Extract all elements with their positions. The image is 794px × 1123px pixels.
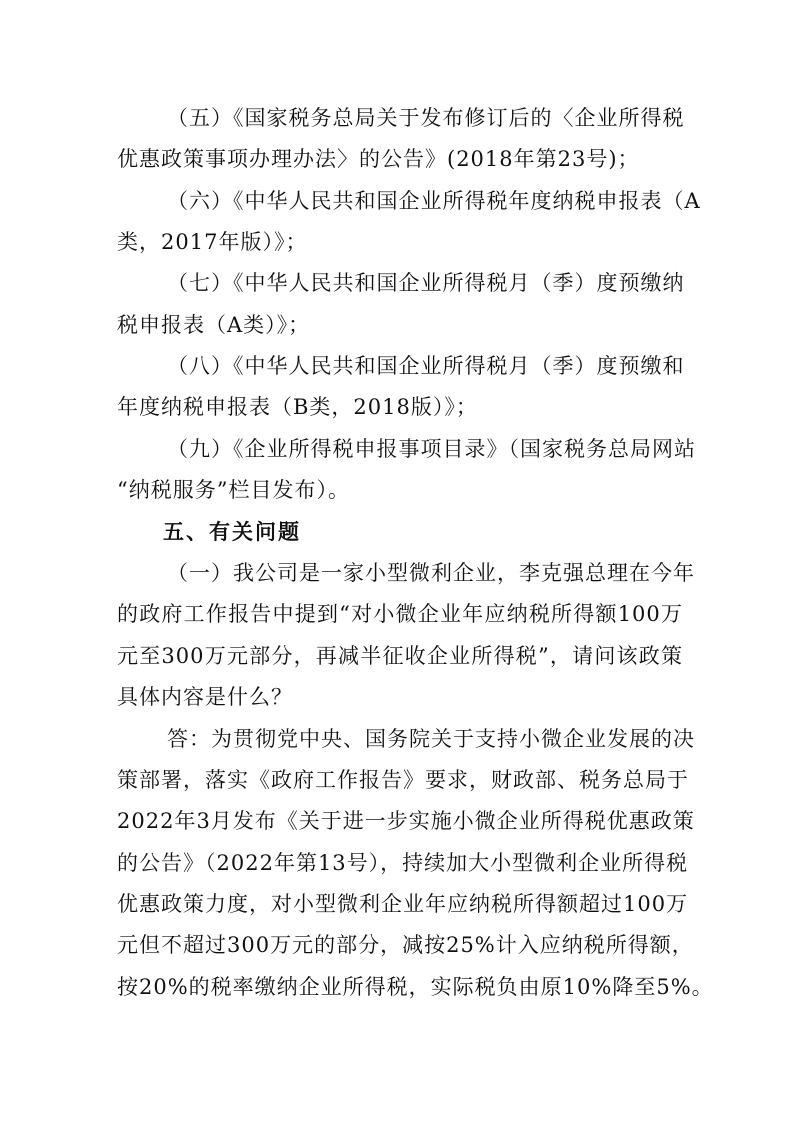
answer-line-3: 2022年3月发布《关于进一步实施小微企业所得税优惠政策 (117, 806, 683, 836)
text-line-item-9: （九）《企业所得税申报事项目录》（国家税务总局网站 (167, 434, 683, 464)
answer-line-2: 策部署，落实《政府工作报告》要求，财政部、税务总局于 (117, 765, 683, 795)
document-page: （五）《国家税务总局关于发布修订后的〈企业所得税 优惠政策事项办理办法〉的公告》… (0, 0, 794, 1123)
question-line-1: （一）我公司是一家小型微利企业，李克强总理在今年 (167, 558, 683, 588)
answer-line-1: 答：为贯彻党中央、国务院关于支持小微企业发展的决 (167, 724, 683, 754)
question-line-2: 的政府工作报告中提到“对小微企业年应纳税所得额100万 (117, 599, 683, 629)
text-line-item-6: （六）《中华人民共和国企业所得税年度纳税申报表（A (167, 186, 683, 216)
question-line-3: 元至300万元部分，再减半征收企业所得税”，请问该政策 (117, 641, 683, 671)
section-heading: 五、有关问题 (163, 517, 683, 547)
answer-line-4: 的公告》（2022年第13号），持续加大小型微利企业所得税 (117, 848, 683, 878)
text-line-item-7-cont: 税申报表（A类）》； (117, 310, 683, 340)
question-line-4: 具体内容是什么？ (117, 682, 683, 712)
answer-line-7: 按20%的税率缴纳企业所得税，实际税负由原10%降至5%。 (117, 972, 683, 1002)
text-line-item-5: （五）《国家税务总局关于发布修订后的〈企业所得税 (167, 103, 683, 133)
text-line-item-8: （八）《中华人民共和国企业所得税月（季）度预缴和 (167, 351, 683, 381)
answer-line-5: 优惠政策力度，对小型微利企业年应纳税所得额超过100万 (117, 889, 683, 919)
text-line-item-5-cont: 优惠政策事项办理办法〉的公告》(2018年第23号)； (117, 144, 683, 174)
text-line-item-8-cont: 年度纳税申报表（B类，2018版）》； (117, 392, 683, 422)
answer-line-6: 元但不超过300万元的部分，减按25%计入应纳税所得额， (117, 930, 683, 960)
text-line-item-7: （七）《中华人民共和国企业所得税月（季）度预缴纳 (167, 268, 683, 298)
text-line-item-9-cont: “纳税服务”栏目发布）。 (117, 475, 683, 505)
text-line-item-6-cont: 类，2017年版）》； (117, 227, 683, 257)
